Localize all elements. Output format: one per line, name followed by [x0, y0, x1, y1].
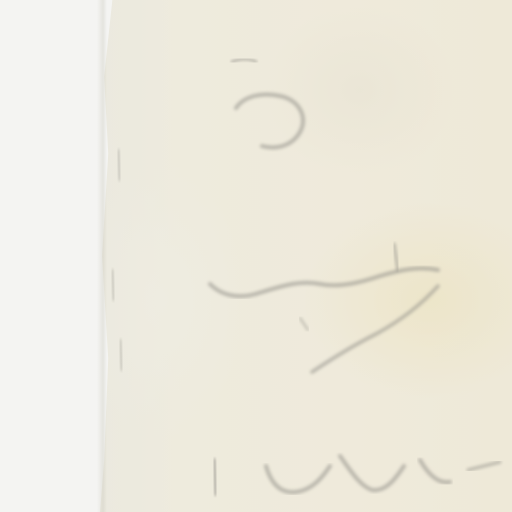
- faint-pencil-markings: [0, 0, 512, 512]
- pencil-mark-middle: [210, 268, 438, 296]
- pencil-mark-upper: [236, 95, 303, 148]
- pencil-mark-lower: [214, 460, 216, 494]
